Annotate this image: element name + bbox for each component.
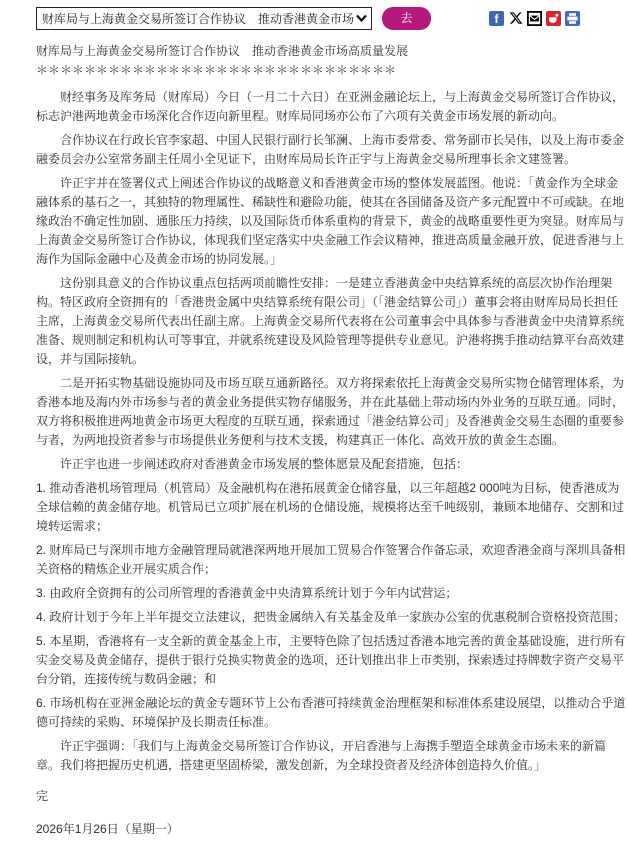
press-release-page: 财库局与上海黄金交易所签订合作协议 推动香港黄金市场高质量发展 去 f bbox=[0, 0, 628, 860]
article: 财库局与上海黄金交易所签订合作协议 推动香港黄金市场高质量发展 ＊＊＊＊＊＊＊＊… bbox=[0, 30, 628, 839]
weibo-share-link[interactable] bbox=[546, 11, 561, 26]
weibo-icon bbox=[546, 11, 561, 26]
article-paragraph: 4. 政府计划于今年上半年提交立法建议，把贵金属纳入有关基金及单一家族办公室的优… bbox=[36, 608, 626, 627]
article-paragraph: 许正宇并在签署仪式上阐述合作协议的战略意义和香港黄金市场的整体发展蓝图。他说：「… bbox=[36, 174, 626, 269]
print-icon bbox=[565, 11, 580, 26]
article-body: 财经事务及库务局（财库局）今日（一月二十六日）在亚洲金融论坛上，与上海黄金交易所… bbox=[36, 88, 626, 775]
article-title: 财库局与上海黄金交易所签订合作协议 推动香港黄金市场高质量发展 bbox=[36, 42, 626, 61]
article-paragraph: 这份别具意义的合作协议重点包括两项前瞻性安排：一是建立香港黄金中央结算系统的高层… bbox=[36, 274, 626, 369]
article-paragraph: 二是开拓实物基础设施协同及市场互联互通新路径。双方将探索依托上海黄金交易所实物仓… bbox=[36, 374, 626, 450]
share-bar: f bbox=[489, 11, 580, 26]
x-twitter-icon bbox=[508, 11, 523, 26]
article-paragraph: 许正宇也进一步阐述政府对香港黄金市场发展的整体愿景及配套措施，包括： bbox=[36, 455, 626, 474]
article-paragraph: 许正宇强调：「我们与上海黄金交易所签订合作协议，开启香港与上海携手塑造全球黄金市… bbox=[36, 737, 626, 775]
article-paragraph: 5. 本星期，香港将有一支全新的黄金基金上市，主要特色除了包括透过香港本地完善的… bbox=[36, 632, 626, 689]
article-paragraph: 1. 推动香港机场管理局（机管局）及金融机构在港拓展黄金仓储容量，以三年超越2 … bbox=[36, 479, 626, 536]
article-paragraph: 合作协议在行政长官李家超、中国人民银行副行长邹澜、上海市委常委、常务副市长吴伟，… bbox=[36, 131, 626, 169]
article-paragraph: 财经事务及库务局（财库局）今日（一月二十六日）在亚洲金融论坛上，与上海黄金交易所… bbox=[36, 88, 626, 126]
email-share-link[interactable] bbox=[527, 11, 542, 26]
x-share-link[interactable] bbox=[508, 11, 523, 26]
go-button[interactable]: 去 bbox=[382, 7, 431, 30]
chevron-down-icon bbox=[356, 14, 367, 22]
facebook-share-link[interactable]: f bbox=[489, 11, 504, 26]
release-date: 2026年1月26日（星期一） bbox=[36, 820, 626, 839]
header-bar: 财库局与上海黄金交易所签订合作协议 推动香港黄金市场高质量发展 去 f bbox=[0, 0, 628, 30]
topic-select-value: 财库局与上海黄金交易所签订合作协议 推动香港黄金市场高质量发展 bbox=[42, 10, 354, 27]
article-paragraph: 2. 财库局已与深圳市地方金融管理局就港深两地开展加工贸易合作签署合作备忘录，欢… bbox=[36, 541, 626, 579]
title-separator: ＊＊＊＊＊＊＊＊＊＊＊＊＊＊＊＊＊＊＊＊＊＊＊＊＊＊＊＊＊＊ bbox=[36, 61, 626, 80]
facebook-icon: f bbox=[489, 11, 504, 26]
article-paragraph: 3. 由政府全资拥有的公司所管理的香港黄金中央清算系统计划于今年内试营运； bbox=[36, 584, 626, 603]
article-paragraph: 6. 市场机构在亚洲金融论坛的黄金专题环节上公布香港可持续黄金治理框架和标准体系… bbox=[36, 694, 626, 732]
email-icon bbox=[527, 11, 542, 26]
topic-select[interactable]: 财库局与上海黄金交易所签订合作协议 推动香港黄金市场高质量发展 bbox=[36, 7, 372, 30]
print-share-link[interactable] bbox=[565, 11, 580, 26]
end-mark: 完 bbox=[36, 787, 626, 806]
